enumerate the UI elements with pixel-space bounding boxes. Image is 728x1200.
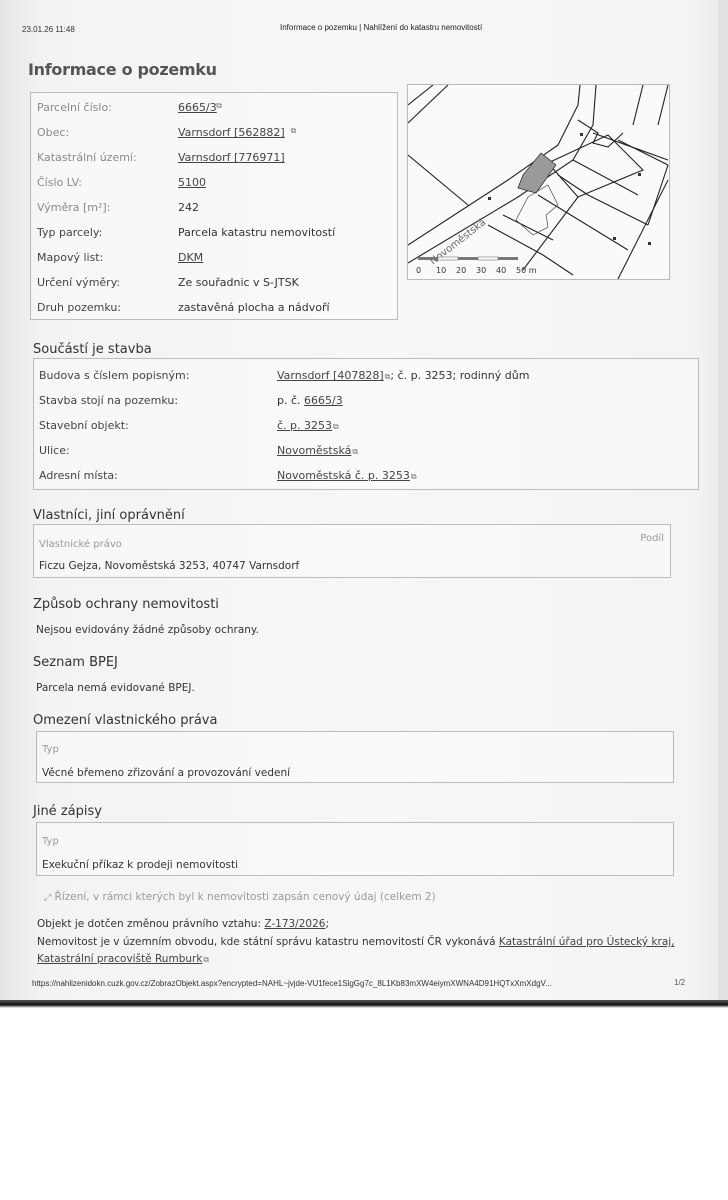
print-page-number: 1/2	[674, 978, 685, 987]
parcel-row-value: zastavěná plocha a nádvoří	[178, 301, 330, 314]
parcel-row-label: Výměra [m²]:	[37, 201, 110, 214]
parcel-row-value[interactable]: 6665/3	[178, 101, 217, 114]
svg-text:0: 0	[416, 266, 421, 275]
other-col-label: Typ	[42, 836, 59, 847]
restriction-entry: Věcné břemeno zřizování a provozování ve…	[42, 767, 290, 779]
owners-col-label: Vlastnické právo	[39, 539, 122, 550]
parcel-row-value: Ze souřadnic v S-JTSK	[178, 276, 299, 289]
parcel-row-value: 242	[178, 201, 199, 214]
page-bottom-edge	[0, 1000, 728, 1008]
protection-text: Nejsou evidovány žádné způsoby ochrany.	[36, 624, 259, 636]
proceedings-link[interactable]: ⤢ Řízení, v rámci kterých byl k nemovito…	[44, 891, 436, 903]
external-link-icon: ⧉	[333, 422, 339, 431]
svg-text:30: 30	[476, 266, 486, 275]
legal-change-line: Objekt je dotčen změnou právního vztahu:…	[37, 918, 329, 930]
svg-text:40: 40	[496, 266, 506, 275]
legal-change-link[interactable]: Z-173/2026	[264, 918, 325, 930]
map-drawing: Novoměstská 01020304050 m	[408, 85, 669, 279]
parcel-row-value[interactable]: 5100	[178, 176, 206, 189]
building-link[interactable]: Varnsdorf [407828]	[277, 369, 384, 382]
page-title: Informace o pozemku	[28, 60, 217, 79]
building-row-value: č. p. 3253⧉	[277, 419, 339, 432]
section-title-other: Jiné zápisy	[33, 804, 102, 819]
section-title-protection: Způsob ochrany nemovitosti	[33, 597, 219, 612]
office-line: Nemovitost je v územním obvodu, kde stát…	[37, 934, 677, 968]
parcel-row-value: Parcela katastru nemovitostí	[178, 226, 335, 239]
parcel-row-value[interactable]: Varnsdorf [776971]	[178, 151, 285, 164]
building-info-box: Budova s číslem popisným:Varnsdorf [4078…	[33, 358, 699, 490]
building-row-label: Stavba stojí na pozemku:	[39, 394, 178, 407]
building-row-label: Ulice:	[39, 444, 70, 457]
building-row-value: Novoměstská č. p. 3253⧉	[277, 469, 417, 482]
parcel-row-label: Určení výměry:	[37, 276, 120, 289]
svg-text:10: 10	[436, 266, 446, 275]
section-title-restrictions: Omezení vlastnického práva	[33, 713, 217, 728]
print-header-title: Informace o pozemku | Nahlížení do katas…	[280, 23, 482, 32]
external-link-icon: ⧉	[216, 101, 222, 111]
bpej-text: Parcela nemá evidované BPEJ.	[36, 682, 195, 694]
parcel-row-label: Katastrální území:	[37, 151, 137, 164]
building-link[interactable]: č. p. 3253	[277, 419, 332, 432]
external-link-icon: ⧉	[352, 447, 358, 456]
building-link[interactable]: Novoměstská č. p. 3253	[277, 469, 410, 482]
highlighted-parcel	[518, 153, 556, 193]
building-row-value: Novoměstská⧉	[277, 444, 358, 457]
expand-icon: ⤢	[44, 893, 51, 903]
section-title-building: Součástí je stavba	[33, 342, 152, 357]
section-title-bpej: Seznam BPEJ	[33, 655, 118, 670]
print-datetime: 23.01.26 11:48	[22, 25, 75, 34]
external-link-icon: ⧉	[203, 955, 209, 964]
parcel-row-label: Číslo LV:	[37, 176, 82, 189]
section-title-owners: Vlastníci, jiní oprávnění	[33, 508, 185, 523]
building-row-value: p. č. 6665/3	[277, 394, 343, 407]
parcel-info-box: Parcelní číslo:6665/3⧉Obec:Varnsdorf [56…	[30, 92, 398, 320]
print-footer-url: https://nahlizenidokn.cuzk.gov.cz/Zobraz…	[32, 979, 552, 988]
page-edge	[718, 0, 728, 1000]
owners-col-share: Podíl	[640, 533, 664, 544]
restrictions-col-label: Typ	[42, 744, 59, 755]
owner-entry: Ficzu Gejza, Novoměstská 3253, 40747 Var…	[39, 560, 299, 572]
restrictions-box: Typ Věcné břemeno zřizování a provozován…	[36, 731, 674, 783]
building-link[interactable]: 6665/3	[304, 394, 343, 407]
workplace-link[interactable]: Katastrální pracoviště Rumburk	[37, 953, 202, 965]
parcel-row-label: Druh pozemku:	[37, 301, 121, 314]
parcel-row-value[interactable]: Varnsdorf [562882]	[178, 126, 285, 139]
parcel-row-label: Typ parcely:	[37, 226, 102, 239]
external-link-icon: ⧉	[291, 126, 297, 136]
parcel-row-label: Mapový list:	[37, 251, 103, 264]
building-link[interactable]: Novoměstská	[277, 444, 351, 457]
svg-text:20: 20	[456, 266, 466, 275]
building-row-value: Varnsdorf [407828]⧉; č. p. 3253; rodinný…	[277, 369, 529, 382]
external-link-icon: ⧉	[411, 472, 417, 481]
other-entry: Exekuční příkaz k prodeji nemovitosti	[42, 859, 238, 871]
cadastral-map[interactable]: Novoměstská 01020304050 m	[407, 84, 670, 280]
building-row-label: Budova s číslem popisným:	[39, 369, 189, 382]
building-row-label: Adresní místa:	[39, 469, 118, 482]
regional-office-link[interactable]: Katastrální úřad pro Ústecký kraj,	[499, 936, 675, 948]
svg-text:50 m: 50 m	[516, 266, 537, 275]
owners-box: Vlastnické právo Podíl Ficzu Gejza, Novo…	[33, 524, 671, 578]
parcel-row-label: Obec:	[37, 126, 69, 139]
parcel-row-value[interactable]: DKM	[178, 251, 203, 264]
other-records-box: Typ Exekuční příkaz k prodeji nemovitost…	[36, 822, 674, 876]
building-row-label: Stavební objekt:	[39, 419, 129, 432]
parcel-row-label: Parcelní číslo:	[37, 101, 112, 114]
